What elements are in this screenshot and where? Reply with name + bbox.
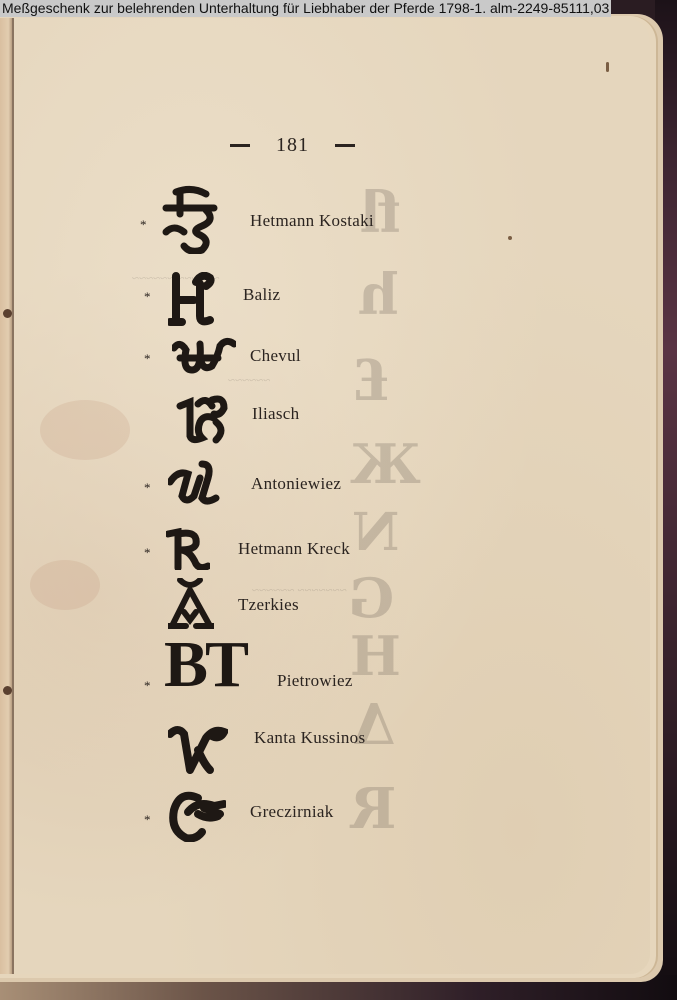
asterisk-marker: * [140, 218, 147, 231]
header-dash-left [230, 144, 250, 147]
paper-stain [30, 560, 100, 610]
asterisk-marker: * [144, 352, 151, 365]
paper-speck [508, 236, 512, 240]
iliasch-brand-mark-icon [176, 392, 228, 447]
asterisk-marker: * [144, 290, 151, 303]
binding-stitch [3, 309, 12, 318]
brand-owner-name: Hetmann Kreck [238, 539, 350, 559]
header-dash-right [335, 144, 355, 147]
image-caption: Meßgeschenk zur belehrenden Unterhaltung… [0, 0, 611, 17]
kussinos-brand-mark-icon [168, 724, 228, 777]
show-through-glyph: R [350, 776, 397, 842]
brand-owner-name: Chevul [250, 346, 301, 366]
asterisk-marker: * [144, 481, 151, 494]
asterisk-marker: * [144, 679, 151, 692]
binding-margin [0, 18, 12, 974]
show-through-glyph: Δ [352, 692, 395, 758]
show-through-glyph: h [358, 262, 399, 328]
show-through-glyph: N [352, 502, 400, 563]
brand-owner-name: Pietrowiez [277, 671, 353, 691]
show-through-glyph: Ж [350, 432, 421, 496]
show-through-glyph: H [350, 624, 401, 688]
binding-stitch [3, 686, 12, 695]
kreck-brand-mark-icon [166, 528, 210, 573]
brand-owner-name: Hetmann Kostaki [250, 211, 374, 231]
brand-owner-name: Greczirniak [250, 802, 334, 822]
antoniewiez-brand-mark-icon [168, 460, 220, 509]
baliz-brand-mark-icon [168, 272, 218, 329]
page-number: 181 [276, 134, 309, 157]
show-through-glyph: G [348, 566, 394, 630]
pietrowiez-brand-mark-icon: BT [164, 632, 246, 698]
asterisk-marker: * [144, 546, 151, 559]
tzerkies-brand-mark-icon [168, 578, 214, 633]
show-through-glyph: £ [352, 348, 391, 414]
kostaki-brand-mark-icon [162, 184, 218, 257]
chevul-brand-mark-icon [172, 336, 236, 379]
greczirniak-brand-mark-icon [168, 790, 226, 845]
brand-owner-name: Tzerkies [238, 595, 299, 615]
paper-speck [606, 62, 609, 72]
brand-owner-name: Kanta Kussinos [254, 728, 365, 748]
paper-stain [40, 400, 130, 460]
brand-owner-name: Iliasch [252, 404, 299, 424]
gutter-line [12, 18, 14, 974]
brand-owner-name: Antoniewiez [251, 474, 341, 494]
book-page [0, 18, 650, 974]
page-header: 181 [230, 132, 355, 158]
brand-owner-name: Baliz [243, 285, 280, 305]
asterisk-marker: * [144, 813, 151, 826]
